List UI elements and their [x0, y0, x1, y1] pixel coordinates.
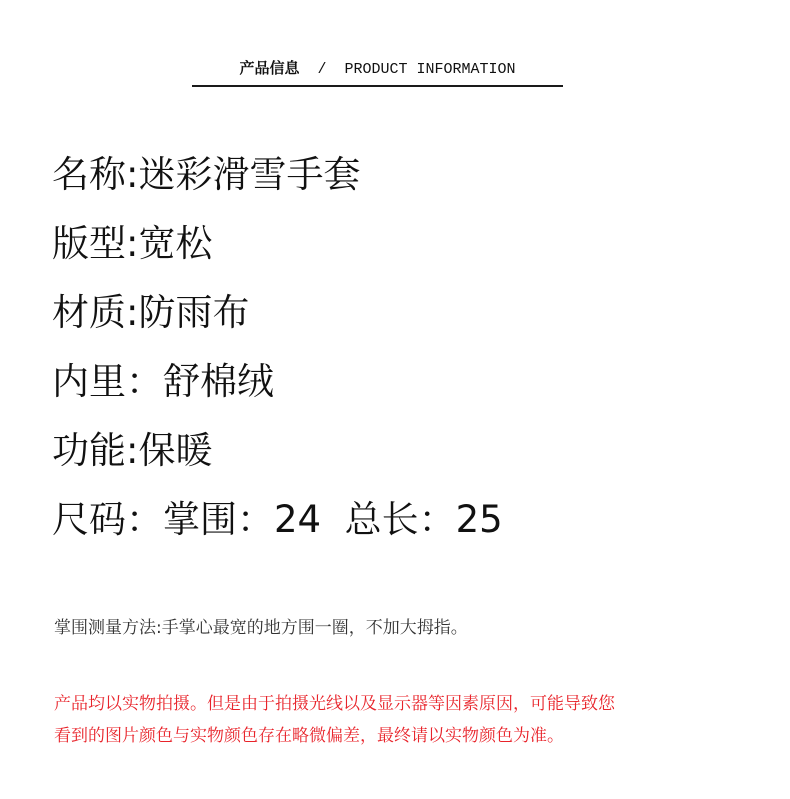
spec-sep: ： — [126, 498, 163, 541]
spec-label: 名称 — [52, 153, 126, 196]
spec-list: 名称:迷彩滑雪手套 版型:宽松 材质:防雨布 内里：舒棉绒 功能:保暖 尺码：掌… — [52, 140, 503, 554]
spec-label: 内里 — [52, 360, 126, 403]
spec-value: 迷彩滑雪手套 — [138, 153, 360, 196]
spec-row-function: 功能:保暖 — [52, 416, 503, 485]
disclaimer-line-2: 看到的图片颜色与实物颜色存在略微偏差，最终请以实物颜色为准。 — [54, 720, 744, 752]
color-disclaimer: 产品均以实物拍摄。但是由于拍摄光线以及显示器等因素原因，可能导致您 看到的图片颜… — [54, 688, 744, 752]
spec-value: 保暖 — [138, 429, 212, 472]
spec-value: 宽松 — [138, 222, 212, 265]
spec-value: 防雨布 — [138, 291, 249, 334]
header-title-en: PRODUCT INFORMATION — [345, 61, 516, 78]
spec-label: 版型 — [52, 222, 126, 265]
spec-sep: : — [126, 429, 138, 472]
spec-label: 材质 — [52, 291, 126, 334]
header-title-cn: 产品信息 — [239, 59, 299, 77]
header-separator: / — [317, 61, 326, 78]
spec-row-name: 名称:迷彩滑雪手套 — [52, 140, 503, 209]
header-divider — [192, 85, 563, 87]
spec-label: 功能 — [52, 429, 126, 472]
disclaimer-line-1: 产品均以实物拍摄。但是由于拍摄光线以及显示器等因素原因，可能导致您 — [54, 688, 744, 720]
spec-value: 舒棉绒 — [163, 360, 274, 403]
spec-sep: : — [126, 153, 138, 196]
spec-row-size: 尺码：掌围：24 总长：25 — [52, 485, 503, 554]
spec-row-fit: 版型:宽松 — [52, 209, 503, 278]
spec-value: 掌围：24 总长：25 — [163, 498, 503, 541]
spec-row-material: 材质:防雨布 — [52, 278, 503, 347]
measurement-note: 掌围测量方法:手掌心最宽的地方围一圈，不加大拇指。 — [54, 616, 468, 640]
spec-sep: : — [126, 291, 138, 334]
spec-row-lining: 内里：舒棉绒 — [52, 347, 503, 416]
spec-sep: ： — [126, 360, 163, 403]
spec-sep: : — [126, 222, 138, 265]
spec-label: 尺码 — [52, 498, 126, 541]
section-header: 产品信息/PRODUCT INFORMATION — [192, 58, 563, 86]
